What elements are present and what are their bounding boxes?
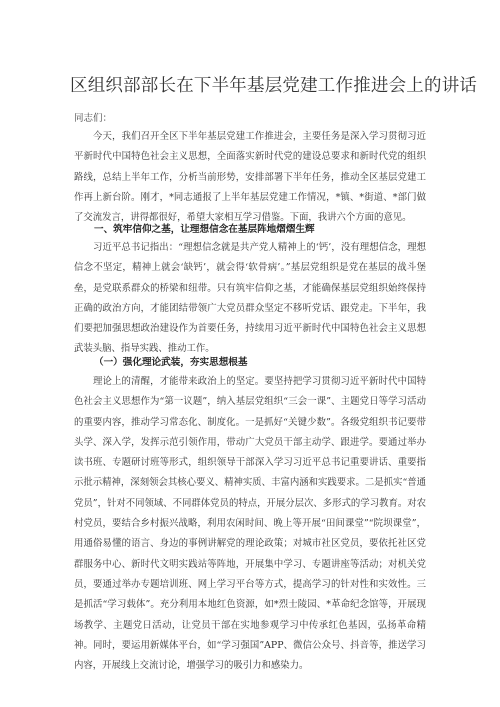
document-page: 区组织部部长在下半年基层党建工作推进会上的讲话 同志们： 今天，我们召开全区下半… [0,0,500,707]
document-title: 区组织部部长在下半年基层党建工作推进会上的讲话 [70,72,430,97]
section-heading-1: 一、筑牢信仰之基，让理想信念在基层阵地熠熠生辉 [94,221,315,235]
intro-paragraph: 今天，我们召开全区下半年基层党建工作推进会，主要任务是深入学习贯彻习近平新时代中… [74,127,426,228]
salutation: 同志们： [74,110,112,124]
subsection-1-paragraph: 理论上的清醒，才能带来政治上的坚定。要坚持把学习贯彻习近平新时代中国特色社会主义… [74,372,426,676]
section-1-paragraph: 习近平总书记指出：“理想信念就是共产党人精神上的‘钙’，没有理想信念，理想信念不… [74,238,426,360]
subsection-heading-1: （一）强化理论武装，夯实思想根基 [94,354,248,368]
